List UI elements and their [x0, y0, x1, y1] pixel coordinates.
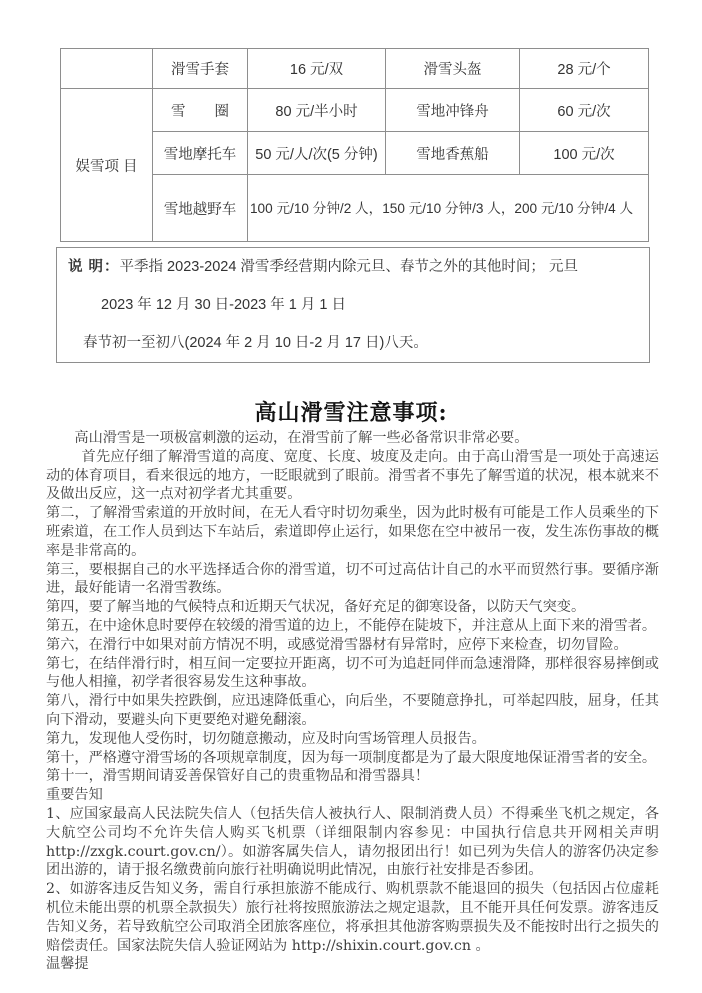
important-item: 1、应国家最高人民法院失信人（包括失信人被执行人、限制消费人员）不得乘坐飞机之规…	[46, 805, 659, 880]
notice-paragraph: 第五，在中途休息时要停在较缓的滑雪道的边上，不能停在陡坡下，并注意从上面下来的滑…	[46, 617, 659, 636]
table-row: 滑雪手套 16 元/双 滑雪头盔 28 元/个	[61, 49, 649, 89]
notice-paragraph: 第三，要根据自己的水平选择适合你的滑雪道，切不可过高估计自己的水平而贸然行事。要…	[46, 561, 659, 599]
price-table: 滑雪手套 16 元/双 滑雪头盔 28 元/个 娱雪项 目 雪 圈 80 元/半…	[60, 48, 649, 242]
notice-paragraph: 第八，滑行中如果失控跌倒，应迅速降低重心，向后坐，不要随意挣扎，可举起四肢，屈身…	[46, 692, 659, 730]
note-line-2: 2023 年 12 月 30 日-2023 年 1 月 1 日	[57, 286, 649, 324]
note-line-1: 说 明：平季指 2023-2024 滑雪季经营期内除元旦、春节之外的其他时间； …	[57, 248, 649, 286]
item-cell: 雪地香蕉船	[386, 132, 520, 175]
merged-price-cell: 100 元/10 分钟/2 人，150 元/10 分钟/3 人，200 元/10…	[248, 175, 649, 242]
price-cell: 50 元/人/次(5 分钟)	[248, 132, 386, 175]
important-heading: 重要告知	[46, 786, 659, 805]
item-cell: 雪地摩托车	[153, 132, 248, 175]
notice-paragraph: 第九，发现他人受伤时，切勿随意搬动，应及时向雪场管理人员报告。	[46, 730, 659, 749]
notice-paragraph: 第四，要了解当地的气候特点和近期天气状况，备好充足的御寒设备，以防天气突变。	[46, 598, 659, 617]
notice-paragraph: 首先应仔细了解滑雪道的高度、宽度、长度、坡度及走向。由于高山滑雪是一项处于高速运…	[46, 448, 659, 504]
item-cell: 雪地越野车	[153, 175, 248, 242]
item-cell: 雪地冲锋舟	[386, 89, 520, 132]
item-cell: 滑雪手套	[153, 49, 248, 89]
item-cell: 雪 圈	[153, 89, 248, 132]
notice-paragraph: 第十一，滑雪期间请妥善保管好自己的贵重物品和滑雪器具！	[46, 767, 659, 786]
price-cell: 28 元/个	[520, 49, 649, 89]
notice-body: 高山滑雪是一项极富刺激的运动，在滑雪前了解一些必备常识非常必要。 首先应仔细了解…	[46, 429, 659, 974]
notice-paragraph: 第六，在滑行中如果对前方情况不明，或感觉滑雪器材有异常时，应停下来检查，切勿冒险…	[46, 636, 659, 655]
important-item: 2、如游客违反告知义务，需自行承担旅游不能成行、购机票款不能退回的损失（包括因占…	[46, 880, 659, 955]
group-label-cell: 娱雪项 目	[61, 89, 153, 242]
group-cell-empty	[61, 49, 153, 89]
document-page: { "colors": { "page_background": "#fffff…	[0, 0, 702, 993]
item-cell: 滑雪头盔	[386, 49, 520, 89]
footer-partial-text: 温馨提	[46, 955, 659, 974]
notice-paragraph: 第七，在结伴滑行时，相互间一定要拉开距离，切不可为追赶同伴而急速滑降，那样很容易…	[46, 655, 659, 693]
price-cell: 60 元/次	[520, 89, 649, 132]
notice-paragraph: 第十，严格遵守滑雪场的各项规章制度，因为每一项制度都是为了最大限度地保证滑雪者的…	[46, 749, 659, 768]
note-label: 说 明：	[68, 259, 120, 275]
notice-paragraph: 第二，了解滑雪索道的开放时间，在无人看守时切勿乘坐，因为此时极有可能是工作人员乘…	[46, 504, 659, 560]
note-box: 说 明：平季指 2023-2024 滑雪季经营期内除元旦、春节之外的其他时间； …	[56, 247, 650, 363]
price-cell: 16 元/双	[248, 49, 386, 89]
price-cell: 80 元/半小时	[248, 89, 386, 132]
notice-title: 高山滑雪注意事项:	[0, 396, 702, 427]
notice-paragraph: 高山滑雪是一项极富刺激的运动，在滑雪前了解一些必备常识非常必要。	[46, 429, 659, 448]
note-line-3: 春节初一至初八(2024 年 2 月 10 日-2 月 17 日)八天。	[57, 324, 649, 362]
price-cell: 100 元/次	[520, 132, 649, 175]
table-row: 娱雪项 目 雪 圈 80 元/半小时 雪地冲锋舟 60 元/次	[61, 89, 649, 132]
